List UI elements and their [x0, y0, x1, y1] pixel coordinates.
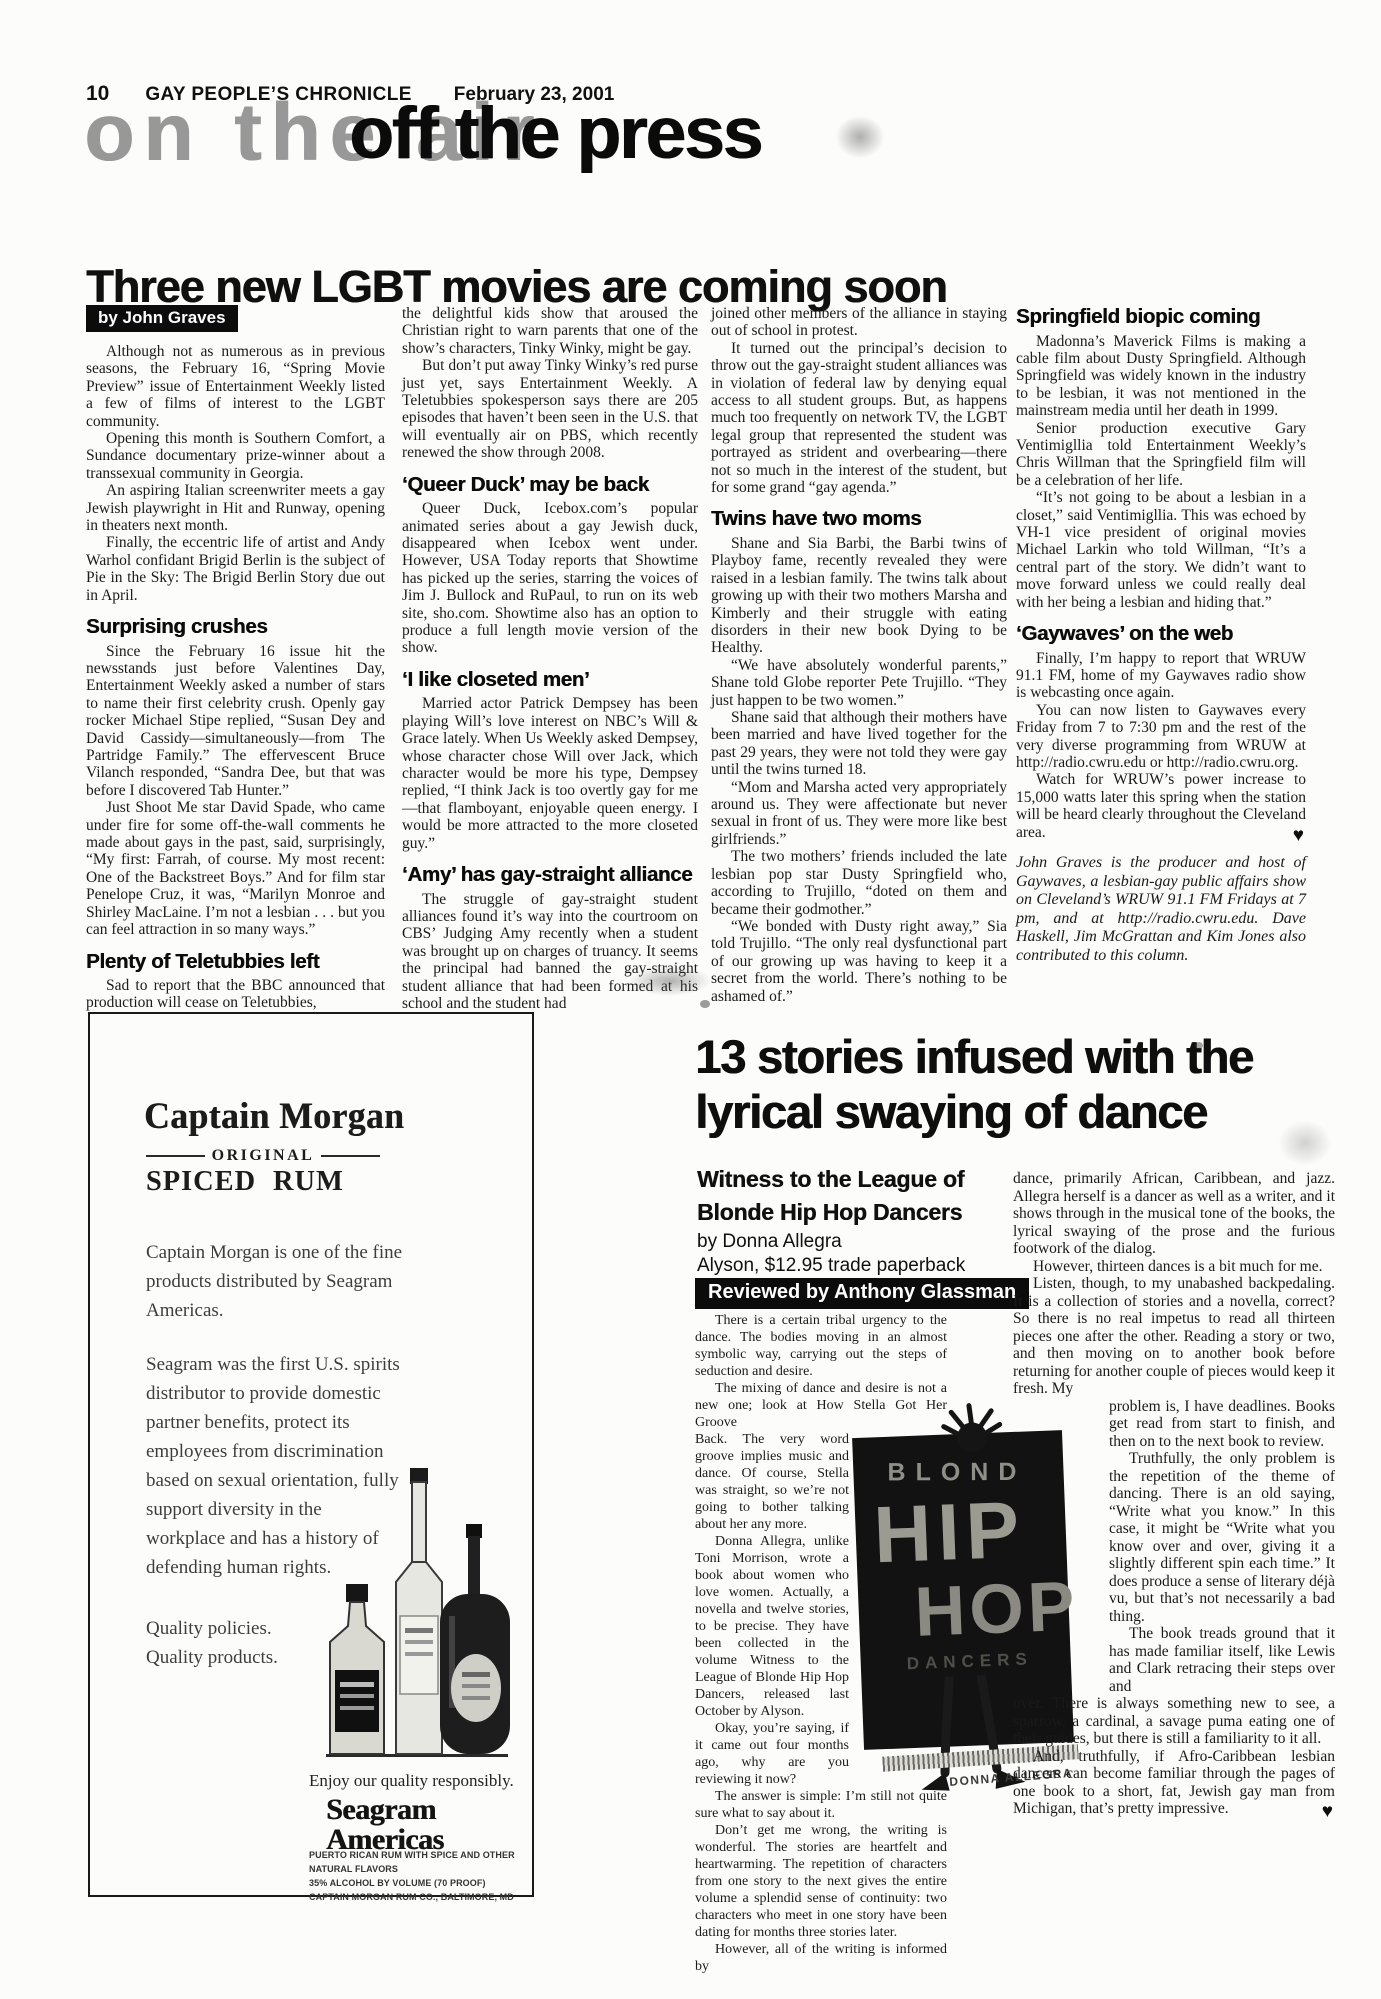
banner-off-the-press: off the press — [349, 97, 761, 170]
review-col-a-narrow: Back. The very word groove implies music… — [695, 1431, 947, 1788]
ad-original-rule: ORIGINAL — [146, 1148, 380, 1164]
book-author: by Donna Allegra — [697, 1231, 842, 1253]
article-column-1: by John Graves Although not as numerous … — [86, 305, 385, 1012]
review-column-a: There is a certain tribal urgency to the… — [695, 1312, 947, 1975]
article-headline: Three new LGBT movies are coming soon — [86, 264, 947, 309]
article-paragraph: An aspiring Italian screenwriter meets a… — [86, 482, 385, 534]
ad-product-name: SPICED RUM — [146, 1167, 344, 1196]
ad-fine-print-line: PUERTO RICAN RUM WITH SPICE AND OTHER NA… — [309, 1848, 532, 1876]
seagram-americas-logo: Seagram Americas — [326, 1795, 532, 1855]
article-paragraph: Sad to report that the BBC announced tha… — [86, 977, 385, 1012]
ad-paragraph: Captain Morgan is one of the fine produc… — [146, 1238, 404, 1325]
article-paragraph: The two mothers’ friends included the la… — [711, 848, 1007, 918]
article-subhead: Surprising crushes — [86, 616, 385, 638]
review-headline-line2: lyrical swaying of dance — [695, 1088, 1207, 1135]
article-paragraph: over. There is always something new to s… — [1013, 1695, 1335, 1748]
ad-tagline: Enjoy our quality responsibly. — [309, 1771, 514, 1791]
rule-right — [321, 1155, 380, 1157]
article-paragraph: The struggle of gay-straight student all… — [402, 891, 698, 1013]
article-paragraph: Although not as numerous as in previous … — [86, 343, 385, 430]
article-subhead: ‘Amy’ has gay-straight alliance — [402, 864, 698, 886]
article-subhead: Springfield biopic coming — [1016, 306, 1306, 328]
article-paragraph: dance, primarily African, Caribbean, and… — [1013, 1170, 1335, 1258]
captain-morgan-ad: Captain Morgan ORIGINAL SPICED RUM Capta… — [88, 1012, 534, 1897]
article-subhead: Plenty of Teletubbies left — [86, 951, 385, 973]
rum-bottles-illustration — [322, 1466, 514, 1766]
article-subhead: ‘Gaywaves’ on the web — [1016, 623, 1306, 645]
article-paragraph: Since the February 16 issue hit the news… — [86, 643, 385, 800]
article-paragraph: Shane and Sia Barbi, the Barbi twins of … — [711, 535, 1007, 657]
rule-left — [146, 1155, 205, 1157]
end-of-story-mark: ♥ — [1302, 1803, 1333, 1821]
article-paragraph: Don’t get me wrong, the writing is wonde… — [695, 1822, 947, 1941]
ad-fine-print-line: CAPTAIN MORGAN RUM CO., BALTIMORE, MD — [309, 1890, 532, 1904]
article-paragraph: However, thirteen dances is a bit much f… — [1013, 1258, 1335, 1276]
ink-speckle — [700, 1000, 710, 1008]
article-paragraph: But don’t put away Tinky Winky’s red pur… — [402, 357, 698, 461]
article-subhead: Twins have two moms — [711, 508, 1007, 530]
article-paragraph: Queer Duck, Icebox.com’s popular animate… — [402, 500, 698, 657]
review-col-b-bottom: over. There is always something new to s… — [1013, 1695, 1335, 1818]
byline-badge: by John Graves — [86, 305, 238, 332]
review-col-a-top: There is a certain tribal urgency to the… — [695, 1312, 947, 1431]
article-column-2: the delightful kids show that aroused th… — [402, 305, 698, 1012]
contributors-note: John Graves is the producer and host of … — [1016, 854, 1306, 966]
review-column-b: dance, primarily African, Caribbean, and… — [1013, 1170, 1335, 1818]
review-col-a-bottom: The answer is simple: I’m still not quit… — [695, 1788, 947, 1975]
article-paragraph: Shane said that although their mothers h… — [711, 709, 1007, 779]
article-paragraph: Listen, though, to my unabashed backpeda… — [1013, 1275, 1335, 1398]
article-paragraph: Finally, the eccentric life of artist an… — [86, 534, 385, 604]
newspaper-page: 10 GAY PEOPLE’S CHRONICLE February 23, 2… — [0, 0, 1381, 1999]
reviewer-badge: Reviewed by Anthony Glassman — [695, 1278, 1029, 1309]
article-paragraph: The book treads ground that it has made … — [1109, 1625, 1335, 1695]
article-paragraph: Madonna’s Maverick Films is making a cab… — [1016, 333, 1306, 420]
article-column-1-text: Although not as numerous as in previous … — [86, 343, 385, 1012]
article-subhead: ‘I like closeted men’ — [402, 669, 698, 691]
book-title-line2: Blonde Hip Hop Dancers — [697, 1199, 962, 1226]
article-paragraph: Finally, I’m happy to report that WRUW 9… — [1016, 650, 1306, 702]
article-paragraph: The answer is simple: I’m still not quit… — [695, 1788, 947, 1822]
article-paragraph: Back. The very word groove implies music… — [695, 1431, 849, 1533]
article-paragraph: problem is, I have deadlines. Books get … — [1109, 1398, 1335, 1451]
ad-fine-print: PUERTO RICAN RUM WITH SPICE AND OTHER NA… — [309, 1848, 532, 1904]
book-title-line1: Witness to the League of — [697, 1166, 964, 1193]
article-subhead: ‘Queer Duck’ may be back — [402, 474, 698, 496]
article-paragraph: “We have absolutely wonderful parents,” … — [711, 657, 1007, 709]
article-paragraph: Watch for WRUW’s power increase to 15,00… — [1016, 771, 1306, 841]
ad-fine-print-line: 35% ALCOHOL BY VOLUME (70 PROOF) — [309, 1876, 532, 1890]
article-paragraph: Donna Allegra, unlike Toni Morrison, wro… — [695, 1533, 849, 1720]
ad-original-label: ORIGINAL — [212, 1148, 315, 1164]
article-paragraph: Truthfully, the only problem is the repe… — [1109, 1450, 1335, 1625]
article-paragraph: “It’s not going to be about a lesbian in… — [1016, 489, 1306, 611]
review-col-b-narrow: problem is, I have deadlines. Books get … — [1013, 1398, 1335, 1696]
article-paragraph: It turned out the principal’s decision t… — [711, 340, 1007, 497]
review-headline-line1: 13 stories infused with the — [695, 1033, 1253, 1080]
article-paragraph: joined other members of the alliance in … — [711, 305, 1007, 340]
end-of-story-mark: ♥ — [1273, 827, 1304, 844]
dancer-head-icon — [939, 1400, 1005, 1452]
book-publisher: Alyson, $12.95 trade paperback — [697, 1255, 965, 1277]
article-paragraph: Opening this month is Southern Comfort, … — [86, 430, 385, 482]
ink-smudge — [836, 116, 884, 158]
article-paragraph: the delightful kids show that aroused th… — [402, 305, 698, 357]
article-column-3: joined other members of the alliance in … — [711, 305, 1007, 1005]
ad-brand-logo: Captain Morgan — [144, 1098, 404, 1135]
ink-smudge — [1278, 1120, 1332, 1166]
article-paragraph: Okay, you’re saying, if it came out four… — [695, 1720, 849, 1788]
article-paragraph: Married actor Patrick Dempsey has been p… — [402, 695, 698, 852]
article-paragraph: And, truthfully, if Afro-Caribbean lesbi… — [1013, 1748, 1335, 1818]
article-paragraph: “Mom and Marsha acted very appropriately… — [711, 779, 1007, 849]
article-paragraph: There is a certain tribal urgency to the… — [695, 1312, 947, 1380]
article-paragraph: Senior production executive Gary Ventimi… — [1016, 420, 1306, 490]
article-paragraph: Just Shoot Me star David Spade, who came… — [86, 799, 385, 938]
article-paragraph: The mixing of dance and desire is not a … — [695, 1380, 947, 1431]
article-column-4: Springfield biopic comingMadonna’s Maver… — [1016, 305, 1306, 966]
article-paragraph: You can now listen to Gaywaves every Fri… — [1016, 702, 1306, 772]
article-paragraph: However, all of the writing is informed … — [695, 1941, 947, 1975]
review-col-b-top: dance, primarily African, Caribbean, and… — [1013, 1170, 1335, 1398]
article-paragraph: “We bonded with Dusty right away,” Sia t… — [711, 918, 1007, 1005]
